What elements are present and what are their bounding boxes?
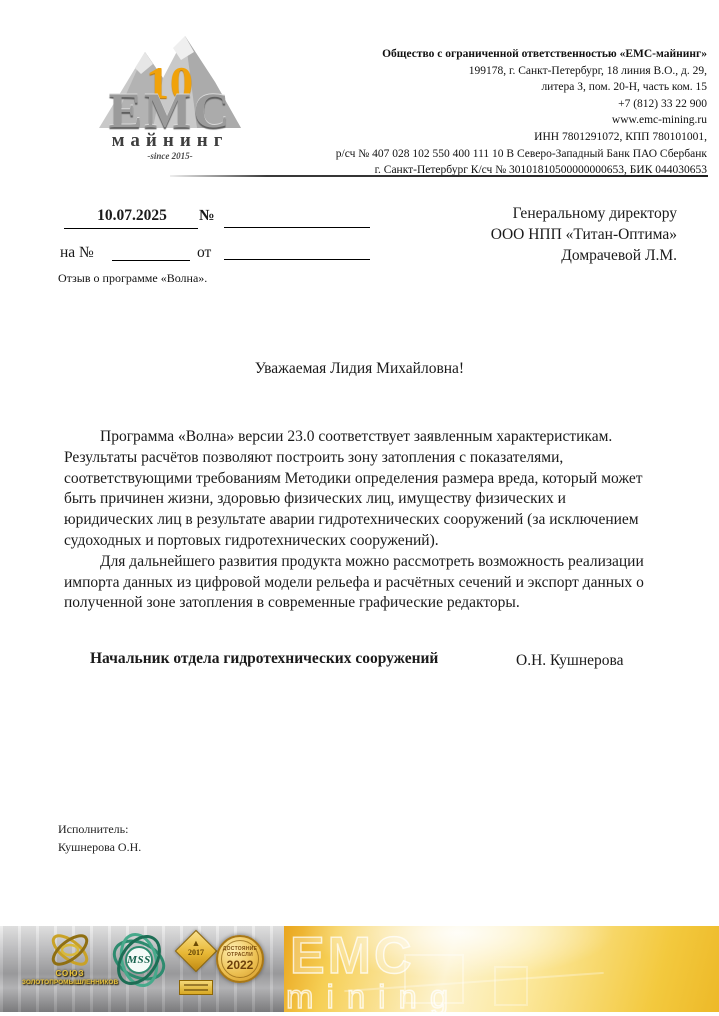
company-address-line1: 199178, г. Санкт-Петербург, 18 линия В.О… xyxy=(227,63,707,80)
executor-block: Исполнитель: Кушнерова О.Н. xyxy=(58,820,141,856)
award-2017-content: ▲ 2017 xyxy=(176,932,216,972)
letter-date: 10.07.2025 xyxy=(66,207,198,225)
letter-body: Программа «Волна» версии 23.0 соответств… xyxy=(64,427,658,614)
company-address-line2: литера З, пом. 20-Н, часть ком. 15 xyxy=(227,79,707,96)
logo-name: EMC xyxy=(95,85,245,135)
award-2017-badge: ▲ 2017 xyxy=(176,932,216,1004)
industrial-outline-2 xyxy=(494,966,528,1006)
gold-union-badge: СОЮЗ ЗОЛОТОПРОМЫШЛЕННИКОВ xyxy=(18,930,122,1008)
date-underline xyxy=(64,228,198,229)
footer-photo-strip: СОЮЗ ЗОЛОТОПРОМЫШЛЕННИКОВ MSS ▲ 2017 xyxy=(0,926,284,1012)
letter-subject: Отзыв о программе «Волна». xyxy=(58,271,207,286)
award-2017-plate xyxy=(179,980,213,995)
reply-to-label: на № xyxy=(60,244,94,262)
body-paragraph-1: Программа «Волна» версии 23.0 соответств… xyxy=(64,427,658,552)
letter-number-label: № xyxy=(199,207,215,225)
medal-2022-badge: ДОСТОЯНИЕ ОТРАСЛИ 2022 xyxy=(216,935,264,983)
watermark-emc: EMC xyxy=(290,930,415,982)
signature-title: Начальник отдела гидротехнических сооруж… xyxy=(90,650,438,668)
footer-gold-strip: EMC mining xyxy=(284,926,719,1012)
company-name: Общество с ограниченной ответственностью… xyxy=(227,46,707,63)
medal-ring xyxy=(221,940,259,978)
watermark-mining: mining xyxy=(286,980,461,1012)
reply-date-underline xyxy=(224,259,370,260)
union-badge-line2: ЗОЛОТОПРОМЫШЛЕННИКОВ xyxy=(18,978,122,987)
award-2017-year: 2017 xyxy=(176,948,216,957)
reply-from-label: от xyxy=(197,244,211,262)
atom-icon xyxy=(47,930,93,970)
company-phone: +7 (812) 33 22 900 xyxy=(227,96,707,113)
letter-page: 10 EMC майнинг -since 2015- Общество с о… xyxy=(0,0,719,1016)
salutation: Уважаемая Лидия Михайловна! xyxy=(0,360,719,378)
logo-wordmark: майнинг xyxy=(95,131,245,150)
signature-name: О.Н. Кушнерова xyxy=(516,652,624,670)
company-logo: 10 EMC майнинг -since 2015- xyxy=(95,28,245,164)
company-details: Общество с ограниченной ответственностью… xyxy=(227,46,707,179)
mss-badge-label: MSS xyxy=(127,954,151,966)
body-paragraph-2: Для дальнейшего развития продукта можно … xyxy=(64,552,658,614)
recipient-name: Домрачевой Л.М. xyxy=(357,245,677,266)
recipient-block: Генеральному директору ООО НПП «Титан-Оп… xyxy=(357,203,677,266)
company-account: р/сч № 407 028 102 550 400 111 10 В Севе… xyxy=(227,146,707,163)
number-underline xyxy=(224,227,370,228)
mss-badge: MSS xyxy=(110,931,168,989)
company-website: www.emc-mining.ru xyxy=(227,112,707,129)
logo-since-tagline: -since 2015- xyxy=(95,152,245,161)
header-divider xyxy=(170,175,708,177)
reply-number-underline xyxy=(112,260,190,261)
recipient-company: ООО НПП «Титан-Оптима» xyxy=(357,224,677,245)
tower-icon: ▲ xyxy=(176,932,216,948)
executor-name: Кушнерова О.Н. xyxy=(58,838,141,856)
footer-banner: СОЮЗ ЗОЛОТОПРОМЫШЛЕННИКОВ MSS ▲ 2017 xyxy=(0,926,719,1012)
recipient-position: Генеральному директору xyxy=(357,203,677,224)
company-inn-kpp: ИНН 7801291072, КПП 780101001, xyxy=(227,129,707,146)
union-badge-line1: СОЮЗ xyxy=(18,970,122,978)
executor-label: Исполнитель: xyxy=(58,820,141,838)
